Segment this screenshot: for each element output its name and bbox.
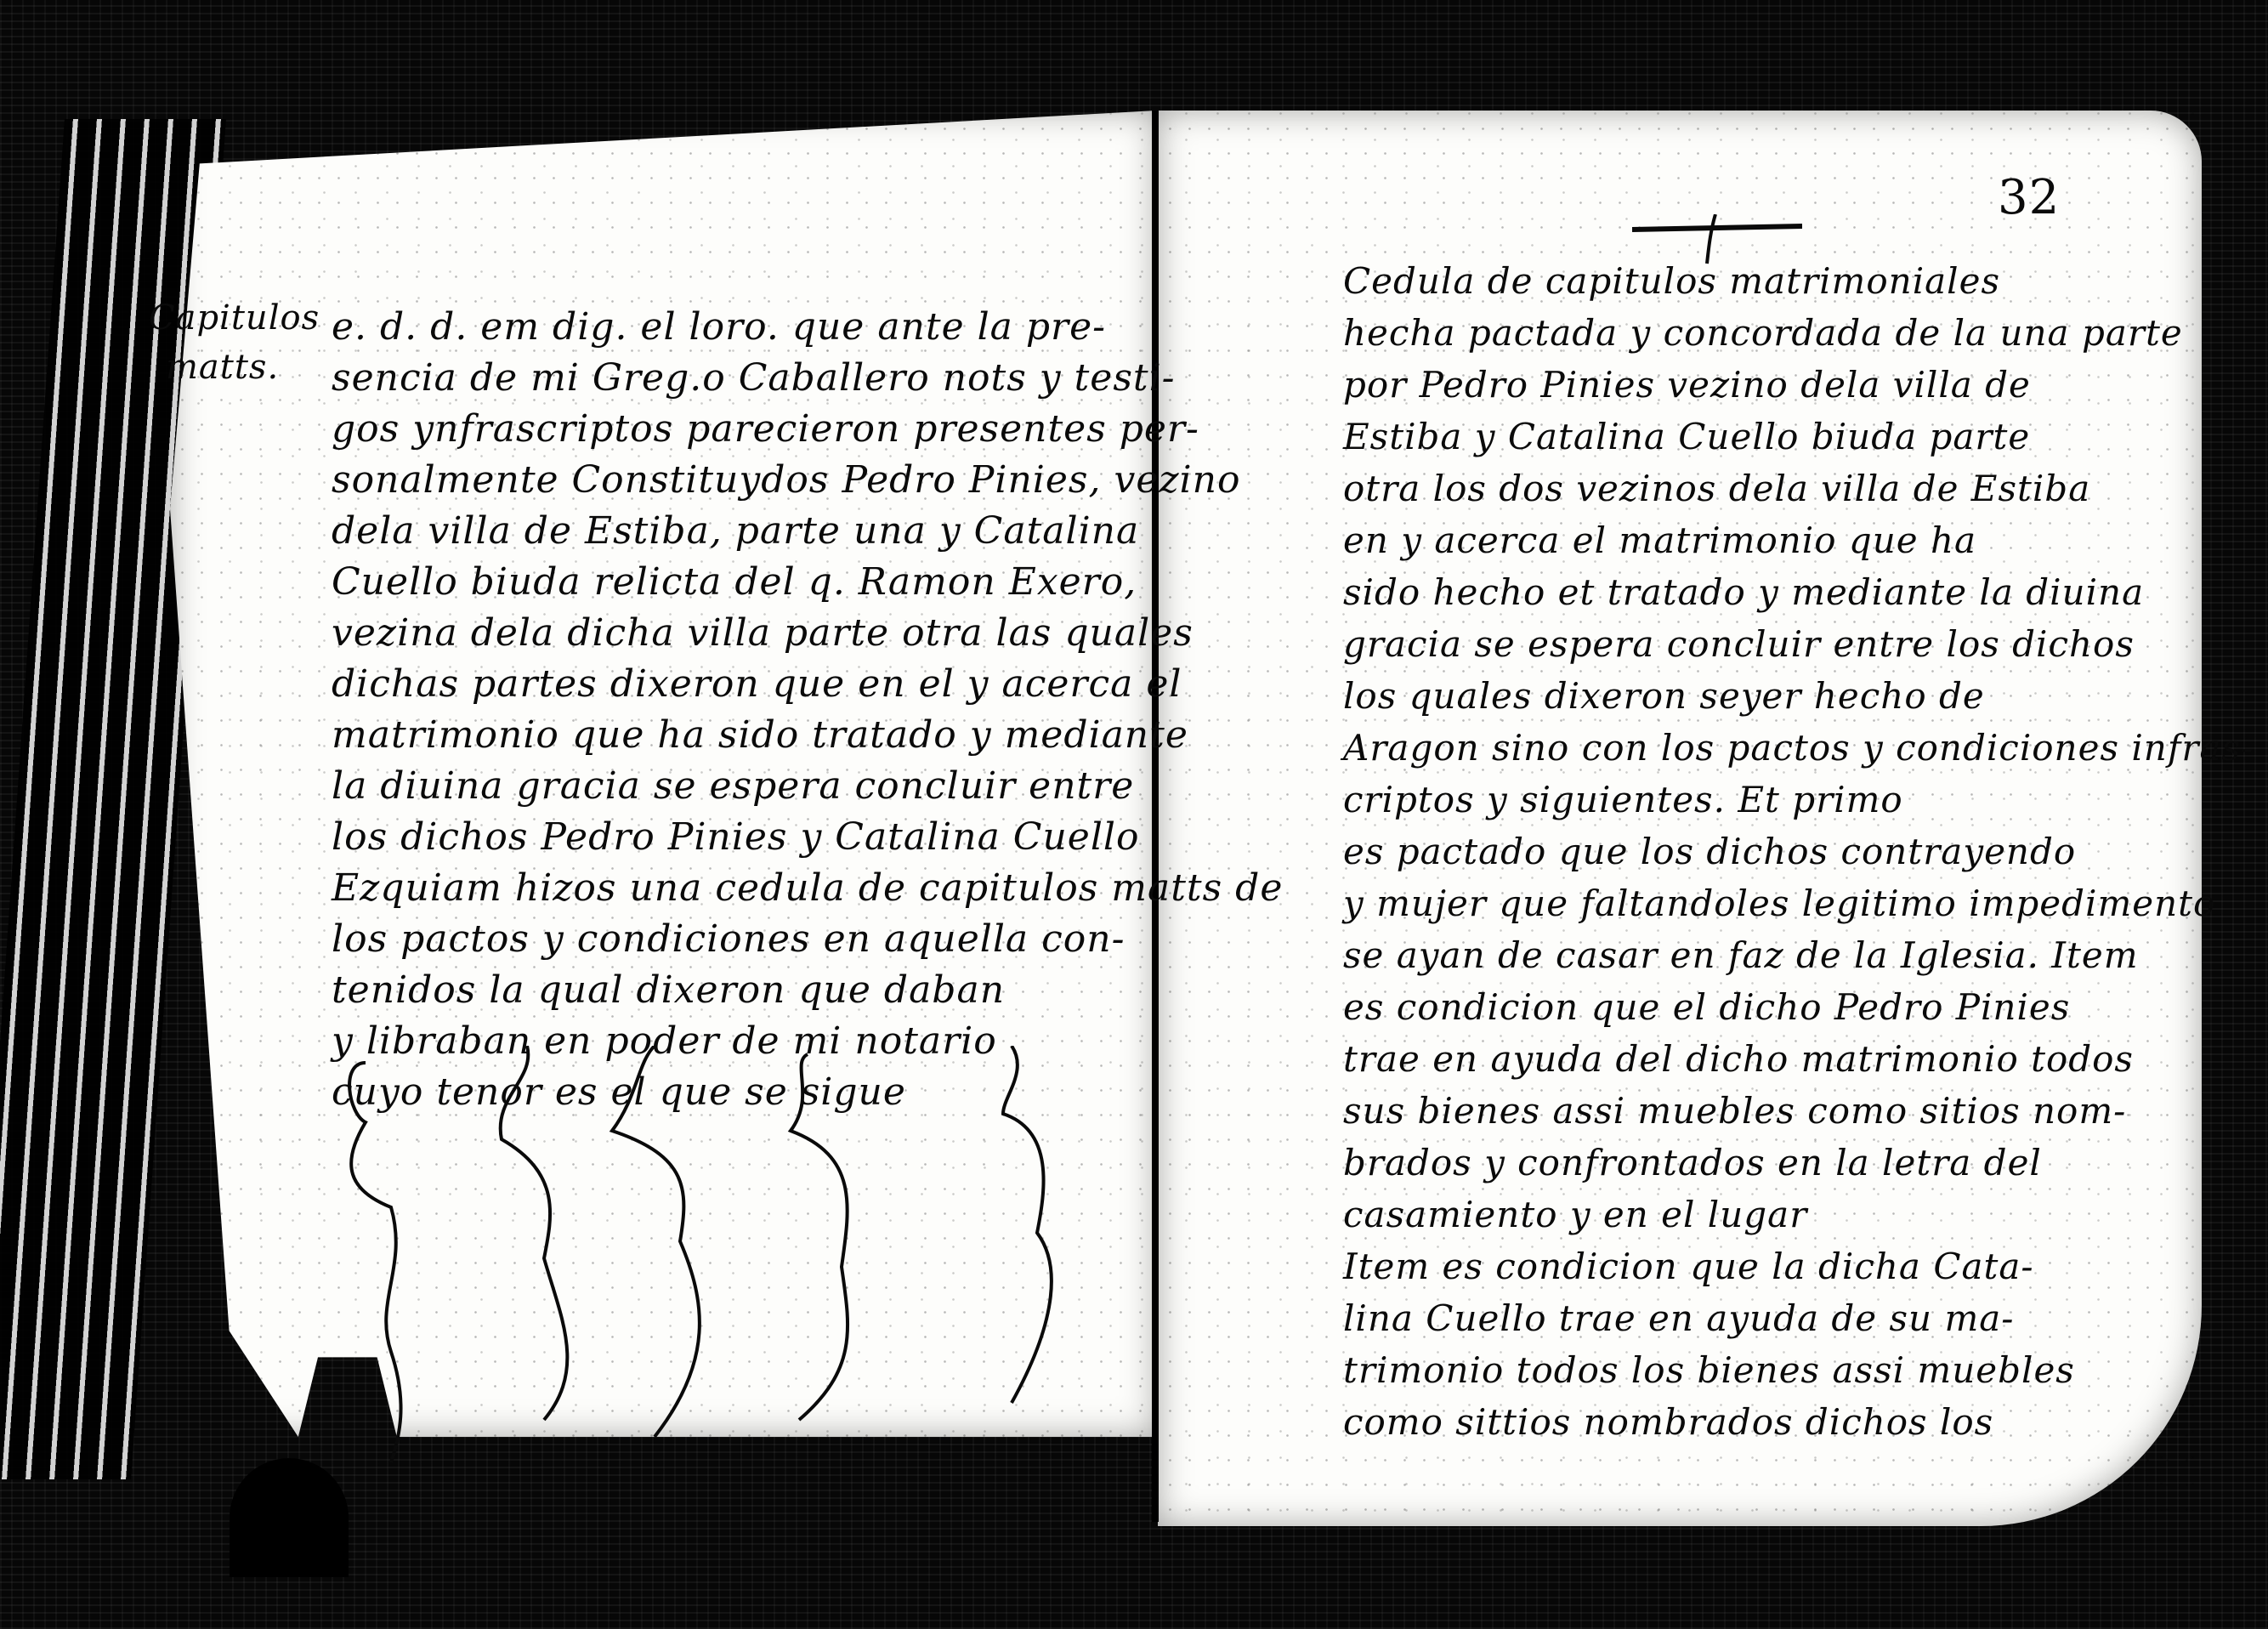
text-line: es pactado que los dichos contrayendo: [1343, 826, 2254, 877]
text-line: criptos y siguientes. Et primo: [1343, 774, 2254, 826]
margin-note-line: Capitulos: [149, 293, 320, 343]
text-line: sus bienes assi muebles como sitios nom-: [1343, 1085, 2254, 1137]
text-line: Ezquiam hizos una cedula de capitulos ma…: [332, 863, 1283, 914]
text-line: sido hecho et tratado y mediante la diui…: [1343, 566, 2254, 618]
text-line: sencia de mi Greg.o Caballero nots y tes…: [332, 353, 1283, 404]
text-line: Cuello biuda relicta del q. Ramon Exero,: [332, 557, 1283, 608]
text-line: Estiba y Catalina Cuello biuda parte: [1343, 411, 2254, 463]
text-line: es condicion que el dicho Pedro Pinies: [1343, 981, 2254, 1033]
text-line: trae en ayuda del dicho matrimonio todos: [1343, 1033, 2254, 1085]
text-line: en y acerca el matrimonio que ha: [1343, 514, 2254, 566]
text-line: gracia se espera concluir entre los dich…: [1343, 618, 2254, 670]
text-line: e. d. d. em dig. el loro. que ante la pr…: [332, 302, 1283, 353]
text-line: lina Cuello trae en ayuda de su ma-: [1343, 1292, 2254, 1344]
text-line: la diuina gracia se espera concluir entr…: [332, 761, 1283, 812]
text-line: vezina dela dicha villa parte otra las q…: [332, 608, 1283, 659]
binding-thumb-shadow: [230, 1458, 349, 1577]
text-line: Cedula de capitulos matrimoniales: [1343, 255, 2254, 307]
text-line: hecha pactada y concordada de la una par…: [1343, 307, 2254, 359]
text-line: por Pedro Pinies vezino dela villa de: [1343, 359, 2254, 411]
text-line: y mujer que faltandoles legitimo impedim…: [1343, 877, 2254, 929]
margin-note-line: matts.: [149, 343, 320, 392]
left-page-text: e. d. d. em dig. el loro. que ante la pr…: [332, 302, 1283, 1118]
text-line: dela villa de Estiba, parte una y Catali…: [332, 506, 1283, 557]
text-line: trimonio todos los bienes assi muebles: [1343, 1344, 2254, 1396]
text-line: los quales dixeron seyer hecho de: [1343, 670, 2254, 722]
text-line: dichas partes dixeron que en el y acerca…: [332, 659, 1283, 710]
text-line: otra los dos vezinos dela villa de Estib…: [1343, 463, 2254, 514]
text-line: los pactos y condiciones en aquella con-: [332, 914, 1283, 965]
text-line: como sittios nombrados dichos los: [1343, 1396, 2254, 1448]
right-page-text: Cedula de capitulos matrimoniales hecha …: [1343, 255, 2254, 1448]
text-line: casamiento y en el lugar: [1343, 1189, 2254, 1240]
text-line: Aragon sino con los pactos y condiciones…: [1343, 722, 2254, 774]
text-line: tenidos la qual dixeron que daban: [332, 965, 1283, 1016]
text-line: los dichos Pedro Pinies y Catalina Cuell…: [332, 812, 1283, 863]
text-line: sonalmente Constituydos Pedro Pinies, ve…: [332, 455, 1283, 506]
text-line: se ayan de casar en faz de la Iglesia. I…: [1343, 929, 2254, 981]
text-line: gos ynfrascriptos parecieron presentes p…: [332, 404, 1283, 455]
margin-note: Capitulos matts.: [149, 293, 320, 392]
text-line: matrimonio que ha sido tratado y mediant…: [332, 710, 1283, 761]
folio-number: 32: [1998, 170, 2060, 225]
line-filler-flourishes: [332, 1046, 1097, 1471]
text-line: brados y confrontados en la letra del: [1343, 1137, 2254, 1189]
text-line: Item es condicion que la dicha Cata-: [1343, 1240, 2254, 1292]
